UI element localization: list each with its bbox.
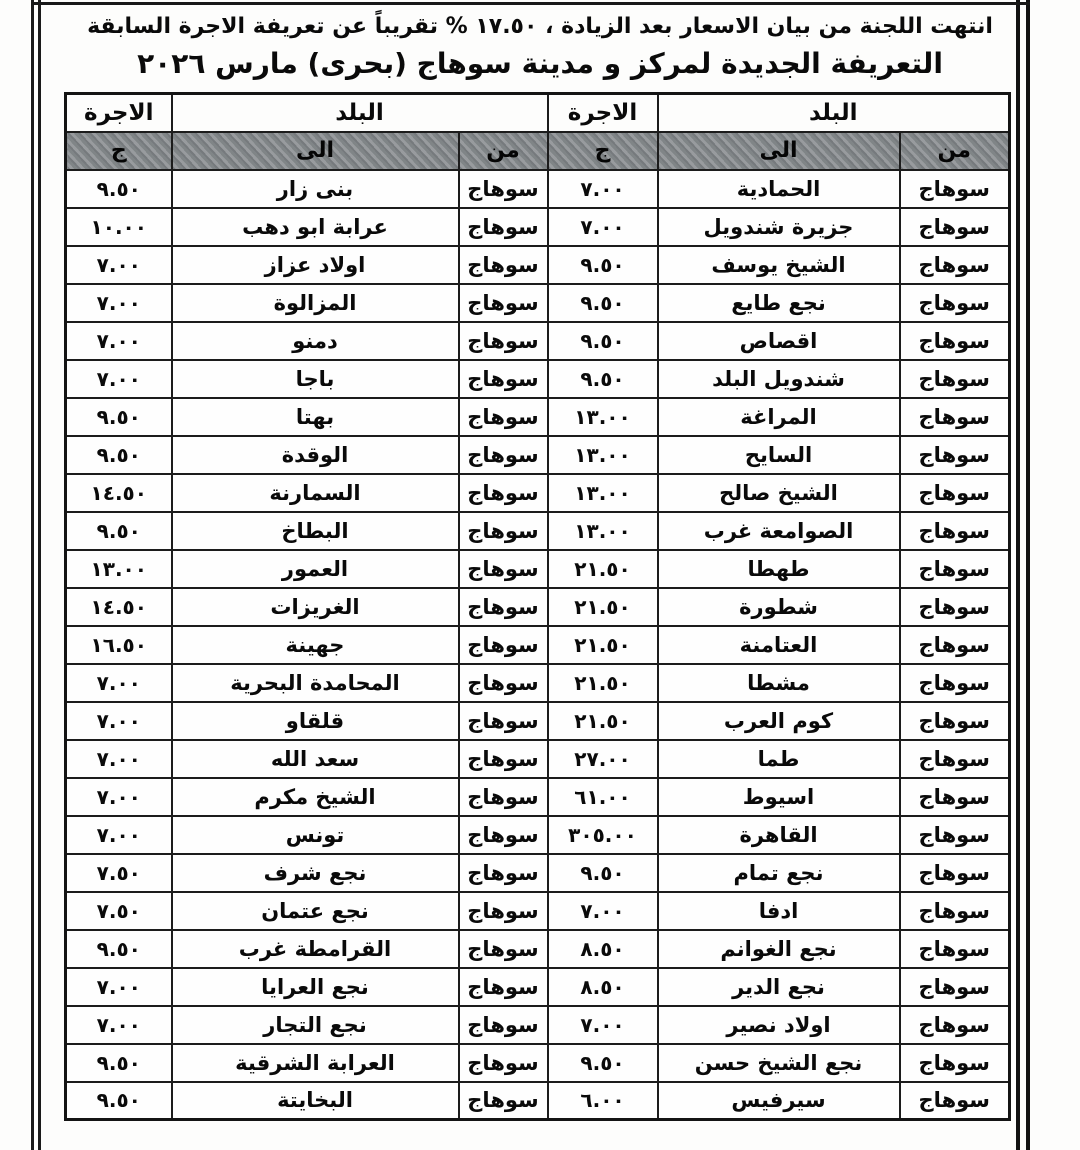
cell-from-left: سوهاج	[459, 208, 548, 246]
cell-from-right: سوهاج	[900, 284, 1010, 322]
cell-from-right: سوهاج	[900, 246, 1010, 284]
cell-fare-right: ٢١.٥٠	[548, 626, 658, 664]
cell-fare-left: ٩.٥٠	[66, 930, 172, 968]
fare-table-row: سوهاج ادفا ٧.٠٠ سوهاج نجع عتمان ٧.٥٠	[66, 892, 1010, 930]
header-line-1: انتهت اللجنة من بيان الاسعار بعد الزيادة…	[85, 10, 995, 44]
cell-fare-right: ٢١.٥٠	[548, 550, 658, 588]
cell-from-right: سوهاج	[900, 474, 1010, 512]
cell-fare-right: ٩.٥٠	[548, 246, 658, 284]
cell-from-left: سوهاج	[459, 474, 548, 512]
fare-table-row: سوهاج جزيرة شندويل ٧.٠٠ سوهاج عرابة ابو …	[66, 208, 1010, 246]
cell-fare-right: ٢١.٥٠	[548, 588, 658, 626]
cell-fare-right: ٩.٥٠	[548, 284, 658, 322]
cell-destination-right: نجع تمام	[658, 854, 900, 892]
cell-fare-left: ١٤.٥٠	[66, 474, 172, 512]
cell-destination-left: عرابة ابو دهب	[172, 208, 459, 246]
fare-table-row: سوهاج الحمادية ٧.٠٠ سوهاج بنى زار ٩.٥٠	[66, 170, 1010, 208]
cell-destination-right: سيرفيس	[658, 1082, 900, 1120]
cell-destination-right: مشطا	[658, 664, 900, 702]
cell-from-right: سوهاج	[900, 740, 1010, 778]
cell-destination-left: اولاد عزاز	[172, 246, 459, 284]
cell-fare-right: ٢٧.٠٠	[548, 740, 658, 778]
cell-destination-left: الوقدة	[172, 436, 459, 474]
cell-destination-left: جهينة	[172, 626, 459, 664]
cell-destination-left: العمور	[172, 550, 459, 588]
cell-destination-left: بنى زار	[172, 170, 459, 208]
fare-table-row: سوهاج سيرفيس ٦.٠٠ سوهاج البخايتة ٩.٥٠	[66, 1082, 1010, 1120]
column-header-to-left: الى	[172, 132, 459, 170]
page-border-right	[1016, 0, 1030, 1150]
cell-destination-right: ادفا	[658, 892, 900, 930]
cell-from-right: سوهاج	[900, 854, 1010, 892]
cell-from-left: سوهاج	[459, 1044, 548, 1082]
cell-fare-right: ٢١.٥٠	[548, 702, 658, 740]
cell-fare-right: ٧.٠٠	[548, 892, 658, 930]
cell-from-right: سوهاج	[900, 1006, 1010, 1044]
fare-table-row: سوهاج طما ٢٧.٠٠ سوهاج سعد الله ٧.٠٠	[66, 740, 1010, 778]
cell-destination-left: المحامدة البحرية	[172, 664, 459, 702]
cell-fare-right: ٩.٥٠	[548, 854, 658, 892]
cell-fare-right: ٦١.٠٠	[548, 778, 658, 816]
fare-table-row: سوهاج اسيوط ٦١.٠٠ سوهاج الشيخ مكرم ٧.٠٠	[66, 778, 1010, 816]
cell-from-left: سوهاج	[459, 436, 548, 474]
cell-fare-right: ٩.٥٠	[548, 360, 658, 398]
fare-table-row: سوهاج نجع تمام ٩.٥٠ سوهاج نجع شرف ٧.٥٠	[66, 854, 1010, 892]
cell-destination-left: البخايتة	[172, 1082, 459, 1120]
cell-fare-left: ٧.٠٠	[66, 778, 172, 816]
cell-from-left: سوهاج	[459, 854, 548, 892]
cell-from-left: سوهاج	[459, 170, 548, 208]
cell-fare-right: ٩.٥٠	[548, 1044, 658, 1082]
cell-from-left: سوهاج	[459, 778, 548, 816]
cell-from-right: سوهاج	[900, 360, 1010, 398]
cell-from-right: سوهاج	[900, 550, 1010, 588]
cell-destination-left: نجع العرايا	[172, 968, 459, 1006]
group-header-fare-right: الاجرة	[548, 94, 658, 132]
cell-from-right: سوهاج	[900, 778, 1010, 816]
cell-from-left: سوهاج	[459, 664, 548, 702]
cell-destination-left: الغريزات	[172, 588, 459, 626]
cell-from-right: سوهاج	[900, 322, 1010, 360]
cell-destination-left: سعد الله	[172, 740, 459, 778]
fare-table-row: سوهاج السايح ١٣.٠٠ سوهاج الوقدة ٩.٥٠	[66, 436, 1010, 474]
cell-fare-left: ٧.٠٠	[66, 816, 172, 854]
cell-fare-right: ٩.٥٠	[548, 322, 658, 360]
cell-from-right: سوهاج	[900, 664, 1010, 702]
scanned-fare-document: { "page": { "title_line1": "انتهت اللجنة…	[0, 0, 1080, 1150]
fare-table-row: سوهاج شندويل البلد ٩.٥٠ سوهاج باجا ٧.٠٠	[66, 360, 1010, 398]
cell-from-right: سوهاج	[900, 436, 1010, 474]
fare-table-row: سوهاج نجع طايع ٩.٥٠ سوهاج المزالوة ٧.٠٠	[66, 284, 1010, 322]
column-header-pound-left: ج	[66, 132, 172, 170]
cell-destination-left: العرابة الشرقية	[172, 1044, 459, 1082]
cell-fare-left: ١٣.٠٠	[66, 550, 172, 588]
cell-destination-right: شندويل البلد	[658, 360, 900, 398]
cell-destination-left: نجع شرف	[172, 854, 459, 892]
cell-from-right: سوهاج	[900, 816, 1010, 854]
cell-from-left: سوهاج	[459, 740, 548, 778]
cell-destination-left: الشيخ مكرم	[172, 778, 459, 816]
column-header-from-left: من	[459, 132, 548, 170]
fare-table-row: سوهاج الشيخ صالح ١٣.٠٠ سوهاج السمارنة ١٤…	[66, 474, 1010, 512]
cell-from-right: سوهاج	[900, 512, 1010, 550]
column-header-pound-right: ج	[548, 132, 658, 170]
fare-table-row: سوهاج مشطا ٢١.٥٠ سوهاج المحامدة البحرية …	[66, 664, 1010, 702]
cell-fare-right: ١٣.٠٠	[548, 512, 658, 550]
cell-fare-right: ٣٠٥.٠٠	[548, 816, 658, 854]
cell-from-left: سوهاج	[459, 816, 548, 854]
cell-fare-left: ٧.٠٠	[66, 246, 172, 284]
cell-fare-left: ٩.٥٠	[66, 512, 172, 550]
group-header-place-left: البلد	[172, 94, 548, 132]
cell-destination-left: بهتا	[172, 398, 459, 436]
cell-from-left: سوهاج	[459, 702, 548, 740]
cell-fare-left: ٧.٠٠	[66, 968, 172, 1006]
cell-fare-left: ١٤.٥٠	[66, 588, 172, 626]
cell-fare-left: ١٠.٠٠	[66, 208, 172, 246]
cell-from-right: سوهاج	[900, 930, 1010, 968]
fare-table-row: سوهاج القاهرة ٣٠٥.٠٠ سوهاج تونس ٧.٠٠	[66, 816, 1010, 854]
cell-destination-right: اسيوط	[658, 778, 900, 816]
cell-from-right: سوهاج	[900, 1044, 1010, 1082]
cell-from-right: سوهاج	[900, 892, 1010, 930]
page-border-top	[31, 2, 1030, 5]
cell-fare-right: ٧.٠٠	[548, 208, 658, 246]
fare-table-row: سوهاج طهطا ٢١.٥٠ سوهاج العمور ١٣.٠٠	[66, 550, 1010, 588]
cell-from-right: سوهاج	[900, 702, 1010, 740]
cell-destination-left: قلقاو	[172, 702, 459, 740]
fare-table-row: سوهاج اولاد نصير ٧.٠٠ سوهاج نجع التجار ٧…	[66, 1006, 1010, 1044]
cell-fare-left: ٩.٥٠	[66, 398, 172, 436]
cell-fare-right: ٧.٠٠	[548, 1006, 658, 1044]
column-header-row: من الى ج من الى ج	[66, 132, 1010, 170]
cell-fare-right: ١٣.٠٠	[548, 436, 658, 474]
cell-fare-left: ٧.٠٠	[66, 322, 172, 360]
cell-fare-left: ٧.٠٠	[66, 1006, 172, 1044]
page-border-left	[31, 0, 41, 1150]
cell-fare-right: ٧.٠٠	[548, 170, 658, 208]
cell-destination-left: تونس	[172, 816, 459, 854]
fare-table-row: سوهاج نجع الشيخ حسن ٩.٥٠ سوهاج العرابة ا…	[66, 1044, 1010, 1082]
cell-destination-right: المراغة	[658, 398, 900, 436]
cell-destination-right: اقصاص	[658, 322, 900, 360]
cell-destination-right: السايح	[658, 436, 900, 474]
document-header: انتهت اللجنة من بيان الاسعار بعد الزيادة…	[85, 10, 995, 84]
cell-destination-right: الشيخ يوسف	[658, 246, 900, 284]
cell-destination-right: الحمادية	[658, 170, 900, 208]
cell-from-left: سوهاج	[459, 512, 548, 550]
cell-from-left: سوهاج	[459, 892, 548, 930]
cell-from-right: سوهاج	[900, 170, 1010, 208]
cell-fare-left: ٧.٥٠	[66, 854, 172, 892]
cell-destination-right: نجع الغوانم	[658, 930, 900, 968]
cell-destination-right: العتامنة	[658, 626, 900, 664]
cell-fare-right: ٨.٥٠	[548, 930, 658, 968]
cell-fare-right: ٦.٠٠	[548, 1082, 658, 1120]
cell-fare-left: ٧.٥٠	[66, 892, 172, 930]
cell-from-left: سوهاج	[459, 398, 548, 436]
fare-table-row: سوهاج اقصاص ٩.٥٠ سوهاج دمنو ٧.٠٠	[66, 322, 1010, 360]
cell-destination-right: شطورة	[658, 588, 900, 626]
cell-destination-right: نجع الدير	[658, 968, 900, 1006]
cell-destination-left: نجع عتمان	[172, 892, 459, 930]
cell-destination-right: طهطا	[658, 550, 900, 588]
fare-table-row: سوهاج الشيخ يوسف ٩.٥٠ سوهاج اولاد عزاز ٧…	[66, 246, 1010, 284]
group-header-place-right: البلد	[658, 94, 1010, 132]
cell-fare-left: ٩.٥٠	[66, 436, 172, 474]
cell-destination-left: السمارنة	[172, 474, 459, 512]
cell-from-left: سوهاج	[459, 284, 548, 322]
cell-from-left: سوهاج	[459, 322, 548, 360]
cell-destination-right: الشيخ صالح	[658, 474, 900, 512]
cell-fare-right: ١٣.٠٠	[548, 474, 658, 512]
cell-fare-left: ٧.٠٠	[66, 702, 172, 740]
fare-table-row: سوهاج العتامنة ٢١.٥٠ سوهاج جهينة ١٦.٥٠	[66, 626, 1010, 664]
cell-destination-left: نجع التجار	[172, 1006, 459, 1044]
fare-table-row: سوهاج شطورة ٢١.٥٠ سوهاج الغريزات ١٤.٥٠	[66, 588, 1010, 626]
cell-destination-right: الصوامعة غرب	[658, 512, 900, 550]
cell-destination-right: نجع الشيخ حسن	[658, 1044, 900, 1082]
fare-table-row: سوهاج الصوامعة غرب ١٣.٠٠ سوهاج البطاخ ٩.…	[66, 512, 1010, 550]
cell-destination-right: طما	[658, 740, 900, 778]
cell-from-left: سوهاج	[459, 1006, 548, 1044]
fare-table-row: سوهاج نجع الدير ٨.٥٠ سوهاج نجع العرايا ٧…	[66, 968, 1010, 1006]
cell-destination-left: المزالوة	[172, 284, 459, 322]
cell-from-right: سوهاج	[900, 208, 1010, 246]
cell-from-left: سوهاج	[459, 968, 548, 1006]
cell-from-left: سوهاج	[459, 626, 548, 664]
cell-fare-left: ٧.٠٠	[66, 664, 172, 702]
cell-destination-right: كوم العرب	[658, 702, 900, 740]
cell-destination-right: القاهرة	[658, 816, 900, 854]
cell-fare-left: ٩.٥٠	[66, 170, 172, 208]
cell-from-right: سوهاج	[900, 398, 1010, 436]
cell-from-left: سوهاج	[459, 550, 548, 588]
cell-destination-left: باجا	[172, 360, 459, 398]
cell-fare-right: ١٣.٠٠	[548, 398, 658, 436]
fare-table-row: سوهاج كوم العرب ٢١.٥٠ سوهاج قلقاو ٧.٠٠	[66, 702, 1010, 740]
header-line-2: التعريفة الجديدة لمركز و مدينة سوهاج (بح…	[85, 44, 995, 84]
cell-fare-left: ٧.٠٠	[66, 284, 172, 322]
cell-from-left: سوهاج	[459, 246, 548, 284]
group-header-fare-left: الاجرة	[66, 94, 172, 132]
cell-from-left: سوهاج	[459, 1082, 548, 1120]
fare-table-row: سوهاج المراغة ١٣.٠٠ سوهاج بهتا ٩.٥٠	[66, 398, 1010, 436]
cell-fare-left: ٩.٥٠	[66, 1044, 172, 1082]
cell-destination-right: جزيرة شندويل	[658, 208, 900, 246]
cell-fare-right: ٢١.٥٠	[548, 664, 658, 702]
cell-fare-left: ٧.٠٠	[66, 740, 172, 778]
cell-from-right: سوهاج	[900, 1082, 1010, 1120]
cell-from-right: سوهاج	[900, 968, 1010, 1006]
cell-from-left: سوهاج	[459, 588, 548, 626]
fare-table: البلد الاجرة البلد الاجرة من الى ج من ال…	[64, 92, 1011, 1121]
cell-from-left: سوهاج	[459, 930, 548, 968]
column-header-from-right: من	[900, 132, 1010, 170]
cell-destination-left: البطاخ	[172, 512, 459, 550]
column-header-to-right: الى	[658, 132, 900, 170]
cell-from-right: سوهاج	[900, 588, 1010, 626]
group-header-row: البلد الاجرة البلد الاجرة	[66, 94, 1010, 132]
cell-fare-left: ٧.٠٠	[66, 360, 172, 398]
cell-from-left: سوهاج	[459, 360, 548, 398]
cell-fare-left: ١٦.٥٠	[66, 626, 172, 664]
cell-destination-right: اولاد نصير	[658, 1006, 900, 1044]
cell-destination-left: القرامطة غرب	[172, 930, 459, 968]
cell-destination-right: نجع طايع	[658, 284, 900, 322]
fare-table-row: سوهاج نجع الغوانم ٨.٥٠ سوهاج القرامطة غر…	[66, 930, 1010, 968]
cell-fare-left: ٩.٥٠	[66, 1082, 172, 1120]
cell-from-right: سوهاج	[900, 626, 1010, 664]
cell-destination-left: دمنو	[172, 322, 459, 360]
cell-fare-right: ٨.٥٠	[548, 968, 658, 1006]
